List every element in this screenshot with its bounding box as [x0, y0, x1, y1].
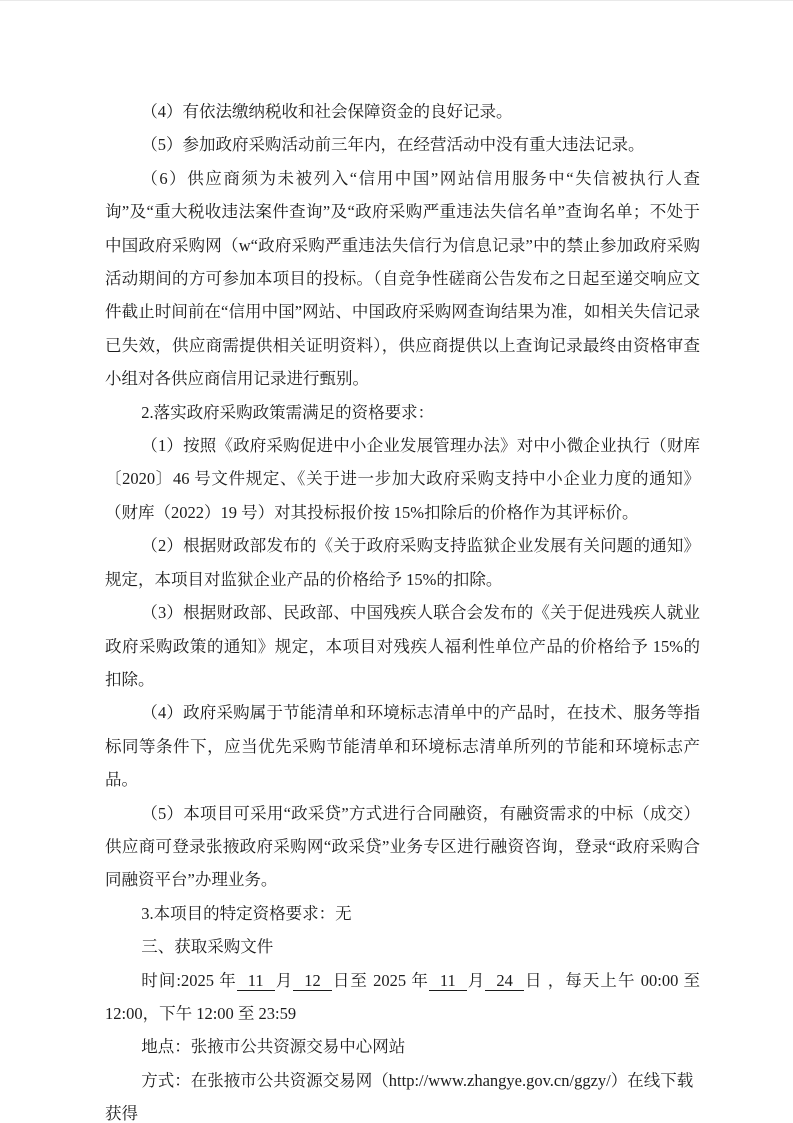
- document-content: （4）有依法缴纳税收和社会保障资金的良好记录。 （5）参加政府采购活动前三年内，…: [105, 95, 700, 1123]
- blank-underline-month-start: 11: [237, 971, 275, 991]
- location-line: 地点：张掖市公共资源交易中心网站: [105, 1030, 700, 1063]
- paragraph-sme-price-deduction: （1）按照《政府采购促进中小企业发展管理办法》对中小微企业执行（财库〔2020〕…: [105, 429, 700, 529]
- blank-underline-day-end: 24: [485, 971, 524, 991]
- paragraph-credit-china: （6）供应商须为未被列入“信用中国”网站信用服务中“失信被执行人查询”及“重大税…: [105, 162, 700, 396]
- paragraph-specific-qualification: 3.本项目的特定资格要求：无: [105, 897, 700, 930]
- paragraph-zhengcaidai-financing: （5）本项目可采用“政采贷”方式进行合同融资，有融资需求的中标（成交）供应商可登…: [105, 797, 700, 897]
- time-text: 日至 2025 年: [332, 971, 429, 990]
- paragraph-no-major-violation: （5）参加政府采购活动前三年内，在经营活动中没有重大违法记录。: [105, 128, 700, 161]
- method-line: 方式：在张掖市公共资源交易网（http://www.zhangye.gov.cn…: [105, 1064, 700, 1123]
- time-text: 时间:2025 年: [141, 971, 236, 990]
- time-line: 时间:2025 年11月12日至 2025 年11月24日 ，每天上午 00:0…: [105, 964, 700, 1031]
- section-heading-obtain-documents: 三、获取采购文件: [105, 930, 700, 963]
- paragraph-policy-requirement-intro: 2.落实政府采购政策需满足的资格要求：: [105, 396, 700, 429]
- paragraph-energy-saving: （4）政府采购属于节能清单和环境标志清单中的产品时，在技术、服务等指标同等条件下…: [105, 696, 700, 796]
- time-text: 月: [467, 971, 486, 990]
- blank-underline-month-end: 11: [429, 971, 467, 991]
- paragraph-tax-social-security: （4）有依法缴纳税收和社会保障资金的良好记录。: [105, 95, 700, 128]
- method-text: 方式：在张掖市公共资源交易网（http://www.zhangye.gov.cn…: [141, 1071, 693, 1090]
- time-text: 月: [275, 971, 294, 990]
- method-text-continuation: 获得: [105, 1104, 138, 1123]
- paragraph-prison-enterprise: （2）根据财政部发布的《关于政府采购支持监狱企业发展有关问题的通知》规定，本项目…: [105, 529, 700, 596]
- paragraph-disabled-welfare: （3）根据财政部、民政部、中国残疾人联合会发布的《关于促进残疾人就业政府采购政策…: [105, 596, 700, 696]
- blank-underline-day-start: 12: [293, 971, 332, 991]
- document-page: （4）有依法缴纳税收和社会保障资金的良好记录。 （5）参加政府采购活动前三年内，…: [0, 0, 793, 1123]
